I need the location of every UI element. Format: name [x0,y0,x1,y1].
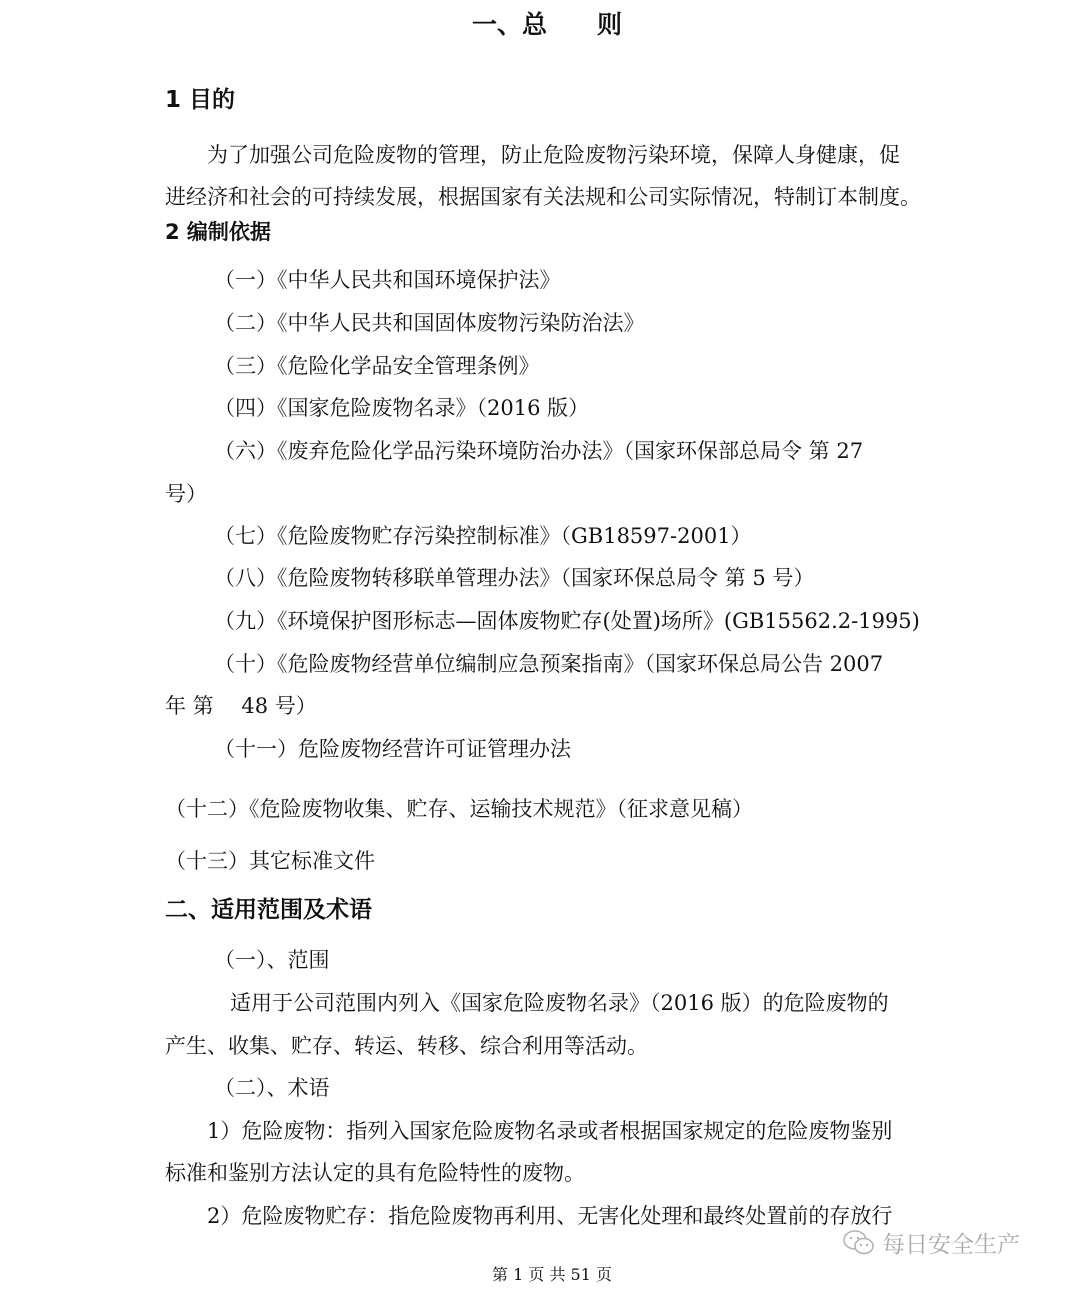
basis-item: （四）《国家危险废物名录》（2016 版） [214,398,589,419]
basis-item: （三）《危险化学品安全管理条例》 [214,356,540,377]
section-title-basis: 2 编制依据 [165,222,271,243]
chapter-title: 一、总 则 [472,12,622,37]
basis-item: （十二）《危险废物收集、贮存、运输技术规范》（征求意见稿） [165,799,753,820]
basis-item: （六）《废弃危险化学品污染环境防治办法》（国家环保部总局令 第 27 [214,441,863,462]
terms-heading: （二）、术语 [214,1078,330,1099]
basis-item: （十三）其它标准文件 [165,851,375,872]
basis-item: （八）《危险废物转移联单管理办法》（国家环保总局令 第 5 号） [214,568,814,589]
watermark-text: 每日安全生产 [882,1226,1020,1259]
basis-item: （一）《中华人民共和国环境保护法》 [214,270,561,291]
page-footer: 第 1 页 共 51 页 [492,1267,612,1283]
basis-item: （七）《危险废物贮存污染控制标准》（GB18597-2001） [214,526,752,547]
term-definition: 标准和鉴别方法认定的具有危险特性的废物。 [165,1163,585,1184]
basis-item: （九）《环境保护图形标志—固体废物贮存(处置)场所》(GB15562.2-199… [214,611,920,632]
wechat-icon [842,1229,876,1257]
term-definition: 1）危险废物：指列入国家危险废物名录或者根据国家规定的危险废物鉴别 [207,1121,892,1142]
basis-item-continuation: 号） [165,484,207,505]
basis-item: （二）《中华人民共和国固体废物污染防治法》 [214,313,645,334]
section-title-purpose: 1 目的 [165,89,235,112]
basis-item: （十）《危险废物经营单位编制应急预案指南》（国家环保总局公告 2007 [214,654,883,675]
chapter2-title: 二、适用范围及术语 [165,899,372,922]
paragraph-line: 产生、收集、贮存、转运、转移、综合利用等活动。 [165,1036,648,1057]
watermark: 每日安全生产 [842,1226,1020,1259]
scope-heading: （一）、范围 [214,950,330,971]
term-definition: 2）危险废物贮存：指危险废物再利用、无害化处理和最终处置前的存放行 [207,1206,892,1227]
paragraph-line: 进经济和社会的可持续发展，根据国家有关法规和公司实际情况，特制订本制度。 [165,187,921,208]
basis-item-continuation: 年 第 48 号） [165,696,317,717]
paragraph-line: 适用于公司范围内列入《国家危险废物名录》（2016 版）的危险废物的 [230,993,889,1014]
paragraph-line: 为了加强公司危险废物的管理，防止危险废物污染环境，保障人身健康，促 [207,145,900,166]
basis-item: （十一）危险废物经营许可证管理办法 [214,739,571,760]
